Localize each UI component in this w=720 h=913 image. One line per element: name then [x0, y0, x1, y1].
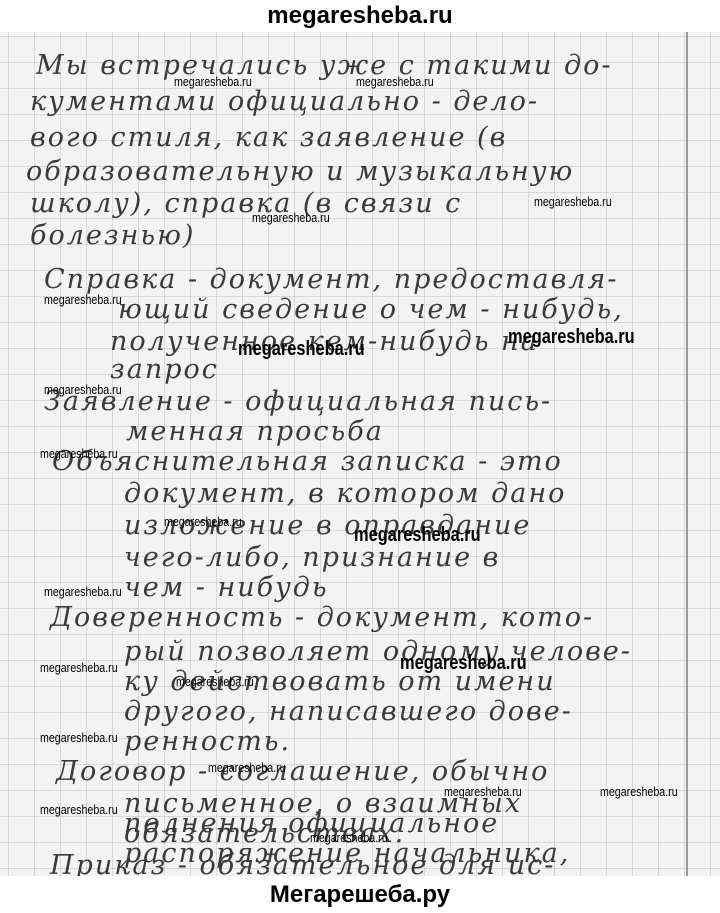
watermark: megaresheba.ru [164, 514, 242, 529]
watermark: megaresheba.ru [600, 784, 678, 799]
watermark: megaresheba.ru [176, 674, 254, 689]
watermark: megaresheba.ru [444, 784, 522, 799]
text-line: Справка - документ, предоставля- [44, 264, 618, 295]
text-line: рый позволяет одному челове- [124, 636, 632, 667]
watermark-large: megaresheba.ru [508, 326, 635, 349]
watermark: megaresheba.ru [356, 74, 434, 89]
watermark: megaresheba.ru [40, 660, 118, 675]
watermark: megaresheba.ru [44, 292, 122, 307]
margin-line [686, 32, 688, 876]
watermark: megaresheba.ru [40, 730, 118, 745]
watermark: megaresheba.ru [40, 446, 118, 461]
text-line: образовательную и музыкальную [26, 156, 574, 187]
watermark: megaresheba.ru [40, 802, 118, 817]
watermark: megaresheba.ru [252, 210, 330, 225]
text-line: кументами официально - дело- [30, 86, 539, 117]
watermark-large: megaresheba.ru [354, 524, 481, 547]
text-line: менная просьба [126, 416, 384, 447]
watermark-large: megaresheba.ru [238, 338, 365, 361]
site-header: megaresheba.ru [0, 0, 720, 32]
site-name: megaresheba.ru [267, 2, 452, 30]
watermark: megaresheba.ru [44, 584, 122, 599]
text-line: болезнью) [30, 220, 195, 251]
text-line: вого стиля, как заявление (в [30, 122, 507, 153]
text-line: запрос [110, 354, 219, 385]
text-line: школу), справка (в связи с [30, 188, 462, 219]
watermark: megaresheba.ru [44, 382, 122, 397]
watermark-large: megaresheba.ru [400, 652, 527, 675]
text-line: Мы встречались уже с такими до- [36, 50, 612, 81]
site-name-cyrillic: Мегарешеба.ру [270, 881, 450, 909]
text-line: ренность. [124, 726, 291, 757]
text-line: другого, написавшего дове- [124, 696, 573, 727]
text-line: ющий сведение о чем - нибудь, [118, 294, 624, 325]
watermark: megaresheba.ru [174, 74, 252, 89]
text-line: Договор - соглашение, обычно [56, 756, 549, 787]
text-line: чем - нибудь [124, 572, 329, 603]
watermark: megaresheba.ru [310, 830, 388, 845]
text-line: документ, в котором дано [124, 478, 566, 509]
watermark: megaresheba.ru [534, 194, 612, 209]
text-line: Доверенность - документ, кото- [50, 602, 594, 633]
text-line: Объяснительная записка - это [52, 446, 563, 477]
watermark: megaresheba.ru [208, 760, 286, 775]
site-footer: Мегарешеба.ру [0, 876, 720, 913]
